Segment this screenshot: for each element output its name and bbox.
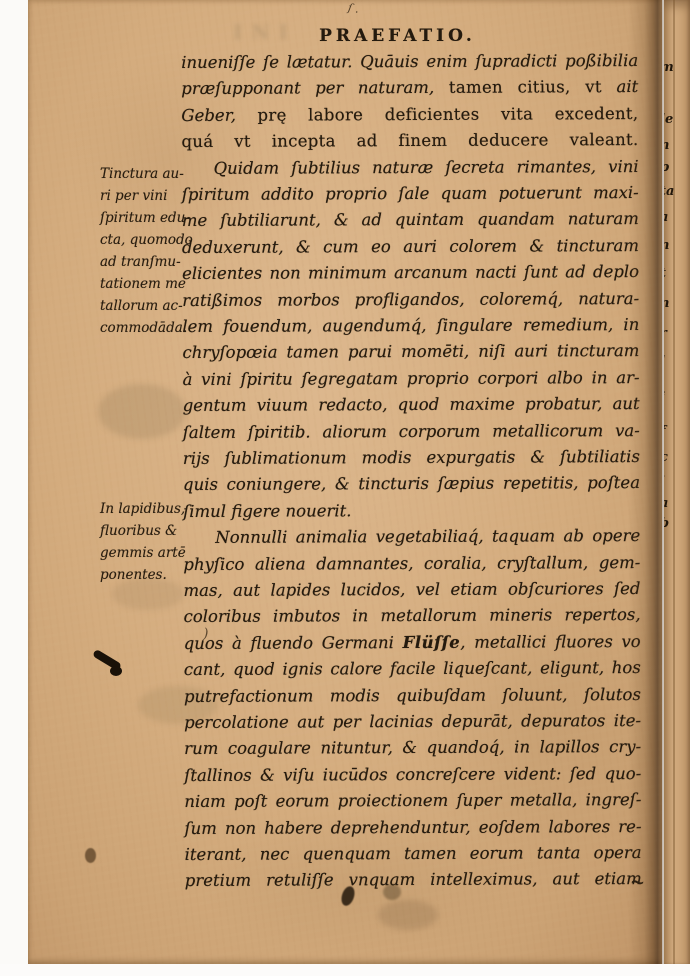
edge-text-fragment: m — [664, 60, 674, 75]
note-line: Tinctura au- — [100, 163, 188, 185]
note-line: ri per vini — [100, 185, 188, 207]
margin-note: In lapidibus,fluoribus &gemmis artēponen… — [100, 498, 188, 586]
edge-text-fragment: le — [664, 112, 673, 127]
note-line: fluoribus & — [100, 520, 188, 542]
edge-text-fragment: n — [664, 138, 669, 153]
margin-note: Tinctura au-ri per viniſpiritum edu-cta,… — [100, 163, 188, 339]
note-line: ponentes. — [100, 564, 188, 586]
corner-stain — [85, 848, 96, 863]
gutter-fold-shadow — [628, 0, 664, 964]
edge-text-fragment: ta — [664, 184, 674, 199]
note-line: ad tranſmu- — [100, 251, 188, 273]
edge-text-fragment: b — [664, 516, 669, 531]
book-scan: INI PRAEFATIO. ſ . ) inueniſſe ſe lætatu… — [0, 0, 690, 976]
edge-text-fragment: n — [664, 296, 669, 311]
note-line: tationem me — [100, 273, 188, 295]
margin-notes: Tinctura au-ri per viniſpiritum edu-cta,… — [0, 0, 690, 976]
edge-text-fragment: i — [664, 474, 665, 489]
edge-text-fragment: a — [664, 210, 668, 225]
edge-text-fragment: t — [664, 266, 666, 281]
note-line: In lapidibus, — [100, 498, 188, 520]
edge-text-fragment: n — [664, 238, 669, 253]
edge-text-fragment: r — [664, 326, 667, 341]
note-line: cta, quomodo — [100, 229, 188, 251]
note-line: commodāda. — [100, 317, 188, 339]
ink-blot — [110, 666, 122, 676]
photo-border-bottom — [0, 964, 690, 976]
note-line: gemmis artē — [100, 542, 188, 564]
edge-text-fragment: c — [664, 450, 668, 465]
edge-text-fragment: j — [664, 390, 665, 405]
note-line: ſpiritum edu- — [100, 207, 188, 229]
facing-page-edge: mlenptaantnrljfciab — [664, 0, 690, 964]
edge-text-fragment: l — [664, 354, 665, 369]
edge-text-fragment: a — [664, 496, 668, 511]
edge-text-fragment: f — [664, 424, 666, 439]
page-crease — [673, 0, 675, 964]
note-line: tallorum ac- — [100, 295, 188, 317]
edge-text-fragment: p — [664, 160, 669, 175]
